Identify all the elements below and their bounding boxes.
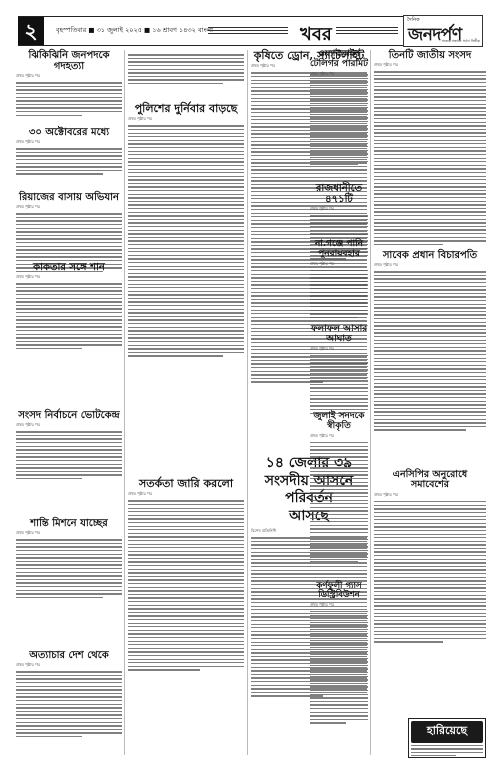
article-a14[interactable]: না.গঞ্জে পানি পুনরায়বহার প্রথম পৃষ্ঠার … — [310, 240, 368, 320]
headline[interactable]: কাকতার সঙ্গে শান — [16, 262, 122, 273]
article-a2[interactable]: ৩০ অক্টোবরের মধ্যে প্রথম পৃষ্ঠার পর — [16, 127, 122, 177]
column-divider — [247, 50, 248, 755]
headline[interactable]: রিয়াজের বাসায় অভিযান — [16, 192, 122, 203]
decorative-rules-right — [336, 27, 398, 36]
byline: প্রথম পৃষ্ঠার পর — [16, 139, 122, 146]
byline: প্রথম পৃষ্ঠার পর — [16, 73, 122, 80]
byline: প্রথম পৃষ্ঠার পর — [310, 433, 368, 440]
article-body — [374, 271, 486, 430]
headline[interactable]: অত্যাচার দেশ থেকে — [16, 650, 122, 661]
notice-body — [411, 745, 483, 756]
article-body — [310, 442, 368, 562]
column-divider — [124, 50, 125, 755]
article-a19[interactable]: সাবেক প্রধান বিচারপতি প্রথম পৃষ্ঠার পর — [374, 250, 486, 433]
headline[interactable]: ৩০ অক্টোবরের মধ্যে — [16, 127, 122, 138]
headline[interactable]: রাজধানীতে ৪৭১টি — [310, 183, 368, 205]
article-body — [128, 125, 244, 356]
byline: প্রথম পৃষ্ঠার পর — [16, 204, 122, 211]
article-body — [310, 611, 368, 724]
headline[interactable]: সতর্কতা জারি করলো — [128, 478, 244, 490]
headline[interactable]: ওয়্যারলাইন টেলিগর পারমিট — [310, 50, 368, 70]
headline[interactable]: সংসদ নির্বাচনে ভোটকেন্দ্র — [16, 410, 122, 421]
article-a5[interactable]: সংসদ নির্বাচনে ভোটকেন্দ্র প্রথম পৃষ্ঠার … — [16, 410, 122, 482]
article-a12-body — [310, 72, 368, 168]
article-body — [16, 82, 122, 116]
dateline: বৃহস্পতিবার ■ ৩১ জুলাই ২০২৫ ■ ১৬ শ্রাবণ … — [56, 25, 213, 36]
article-a1[interactable]: ঝিকিঝিনি জনপদকে গদহত্যা প্রথম পৃষ্ঠার পর — [16, 50, 122, 118]
article-a8-intro — [128, 52, 244, 87]
article-body — [128, 500, 244, 670]
byline: প্রথম পৃষ্ঠার পর — [16, 274, 122, 281]
byline: প্রথম পৃষ্ঠার পর — [128, 491, 244, 498]
article-a15[interactable]: ফলাফল আসার আঘাত প্রথম পৃষ্ঠার পর — [310, 325, 368, 416]
article-body — [310, 355, 368, 414]
article-a16[interactable]: জুলাই সনদকে স্বীকৃতি প্রথম পৃষ্ঠার পর — [310, 412, 368, 564]
article-body — [128, 54, 244, 84]
headline[interactable]: পুলিশের দুর্নিবার বাড়ছে — [128, 103, 244, 115]
headline[interactable]: তিনটি জাতীয় সংসদ — [374, 50, 486, 61]
article-body — [310, 270, 368, 318]
article-a9[interactable]: সতর্কতা জারি করলো প্রথম পৃষ্ঠার পর — [128, 478, 244, 673]
byline: প্রথম পৃষ্ঠার পর — [310, 206, 368, 213]
byline: প্রথম পৃষ্ঠার পর — [310, 261, 368, 268]
column-divider — [370, 50, 371, 755]
article-a7[interactable]: অত্যাচার দেশ থেকে প্রথম পৃষ্ঠার পর — [16, 650, 122, 740]
byline: প্রথম পৃষ্ঠার পর — [374, 62, 486, 69]
byline: প্রথম পৃষ্ঠার পর — [16, 662, 122, 669]
byline: প্রথম পৃষ্ঠার পর — [16, 422, 122, 429]
headline[interactable]: এনসিপির অনুরোধে সমাবেশের — [374, 470, 486, 491]
byline: প্রথম পৃষ্ঠার পর — [374, 262, 486, 269]
masthead: ২ বৃহস্পতিবার ■ ৩১ জুলাই ২০২৫ ■ ১৬ শ্রাব… — [18, 16, 483, 46]
newspaper-logo: দৈনিক জনদর্পণ সত্যের সন্ধানে সর্বদা নির্… — [403, 15, 483, 47]
page-number: ২ — [18, 17, 44, 45]
lost-notice-box: হারিয়েছে আমার S.S.C পরীক্ষার মূল সনদপত্… — [408, 718, 486, 758]
article-body — [16, 539, 122, 598]
byline: প্রথম পৃষ্ঠার পর — [310, 602, 368, 609]
article-a4[interactable]: কাকতার সঙ্গে শান প্রথম পৃষ্ঠার পর — [16, 262, 122, 352]
logo-name: জনদর্পণ — [408, 22, 462, 50]
byline: প্রথম পৃষ্ঠার পর — [16, 530, 122, 537]
decorative-rules-left — [208, 27, 288, 36]
logo-tagline: সত্যের সন্ধানে সর্বদা নির্ভীক — [442, 39, 480, 45]
article-body — [16, 283, 122, 349]
byline: প্রথম পৃষ্ঠার পর — [128, 116, 244, 123]
headline[interactable]: সাবেক প্রধান বিচারপতি — [374, 250, 486, 261]
byline: প্রথম পৃষ্ঠার পর — [374, 492, 486, 499]
article-a8[interactable]: পুলিশের দুর্নিবার বাড়ছে প্রথম পৃষ্ঠার প… — [128, 103, 244, 359]
notice-title: হারিয়েছে — [411, 721, 483, 743]
article-a6[interactable]: শান্তি মিশনে যাচ্ছের প্রথম পৃষ্ঠার পর — [16, 518, 122, 600]
headline[interactable]: না.গঞ্জে পানি পুনরায়বহার — [310, 240, 368, 260]
article-body — [16, 148, 122, 174]
article-body — [16, 671, 122, 737]
article-a18[interactable]: তিনটি জাতীয় সংসদ প্রথম পৃষ্ঠার পর — [374, 50, 486, 247]
headline[interactable]: ফলাফল আসার আঘাত — [310, 325, 368, 345]
byline: প্রথম পৃষ্ঠার পর — [310, 346, 368, 353]
article-body — [374, 71, 486, 245]
headline[interactable]: জুলাই সনদকে স্বীকৃতি — [310, 412, 368, 432]
headline[interactable]: কর্ণফুলী গ্যাস ডিস্ট্রিবিউশন — [310, 582, 368, 601]
section-title: খবর — [300, 20, 332, 51]
article-a20[interactable]: এনসিপির অনুরোধে সমাবেশের প্রথম পৃষ্ঠার প… — [374, 470, 486, 645]
article-a17[interactable]: কর্ণফুলী গ্যাস ডিস্ট্রিবিউশন প্রথম পৃষ্ঠ… — [310, 582, 368, 726]
article-body — [374, 501, 486, 642]
article-body — [16, 431, 122, 479]
headline[interactable]: ঝিকিঝিনি জনপদকে গদহত্যা — [16, 50, 122, 72]
headline[interactable]: শান্তি মিশনে যাচ্ছের — [16, 518, 122, 529]
article-body — [310, 74, 368, 165]
